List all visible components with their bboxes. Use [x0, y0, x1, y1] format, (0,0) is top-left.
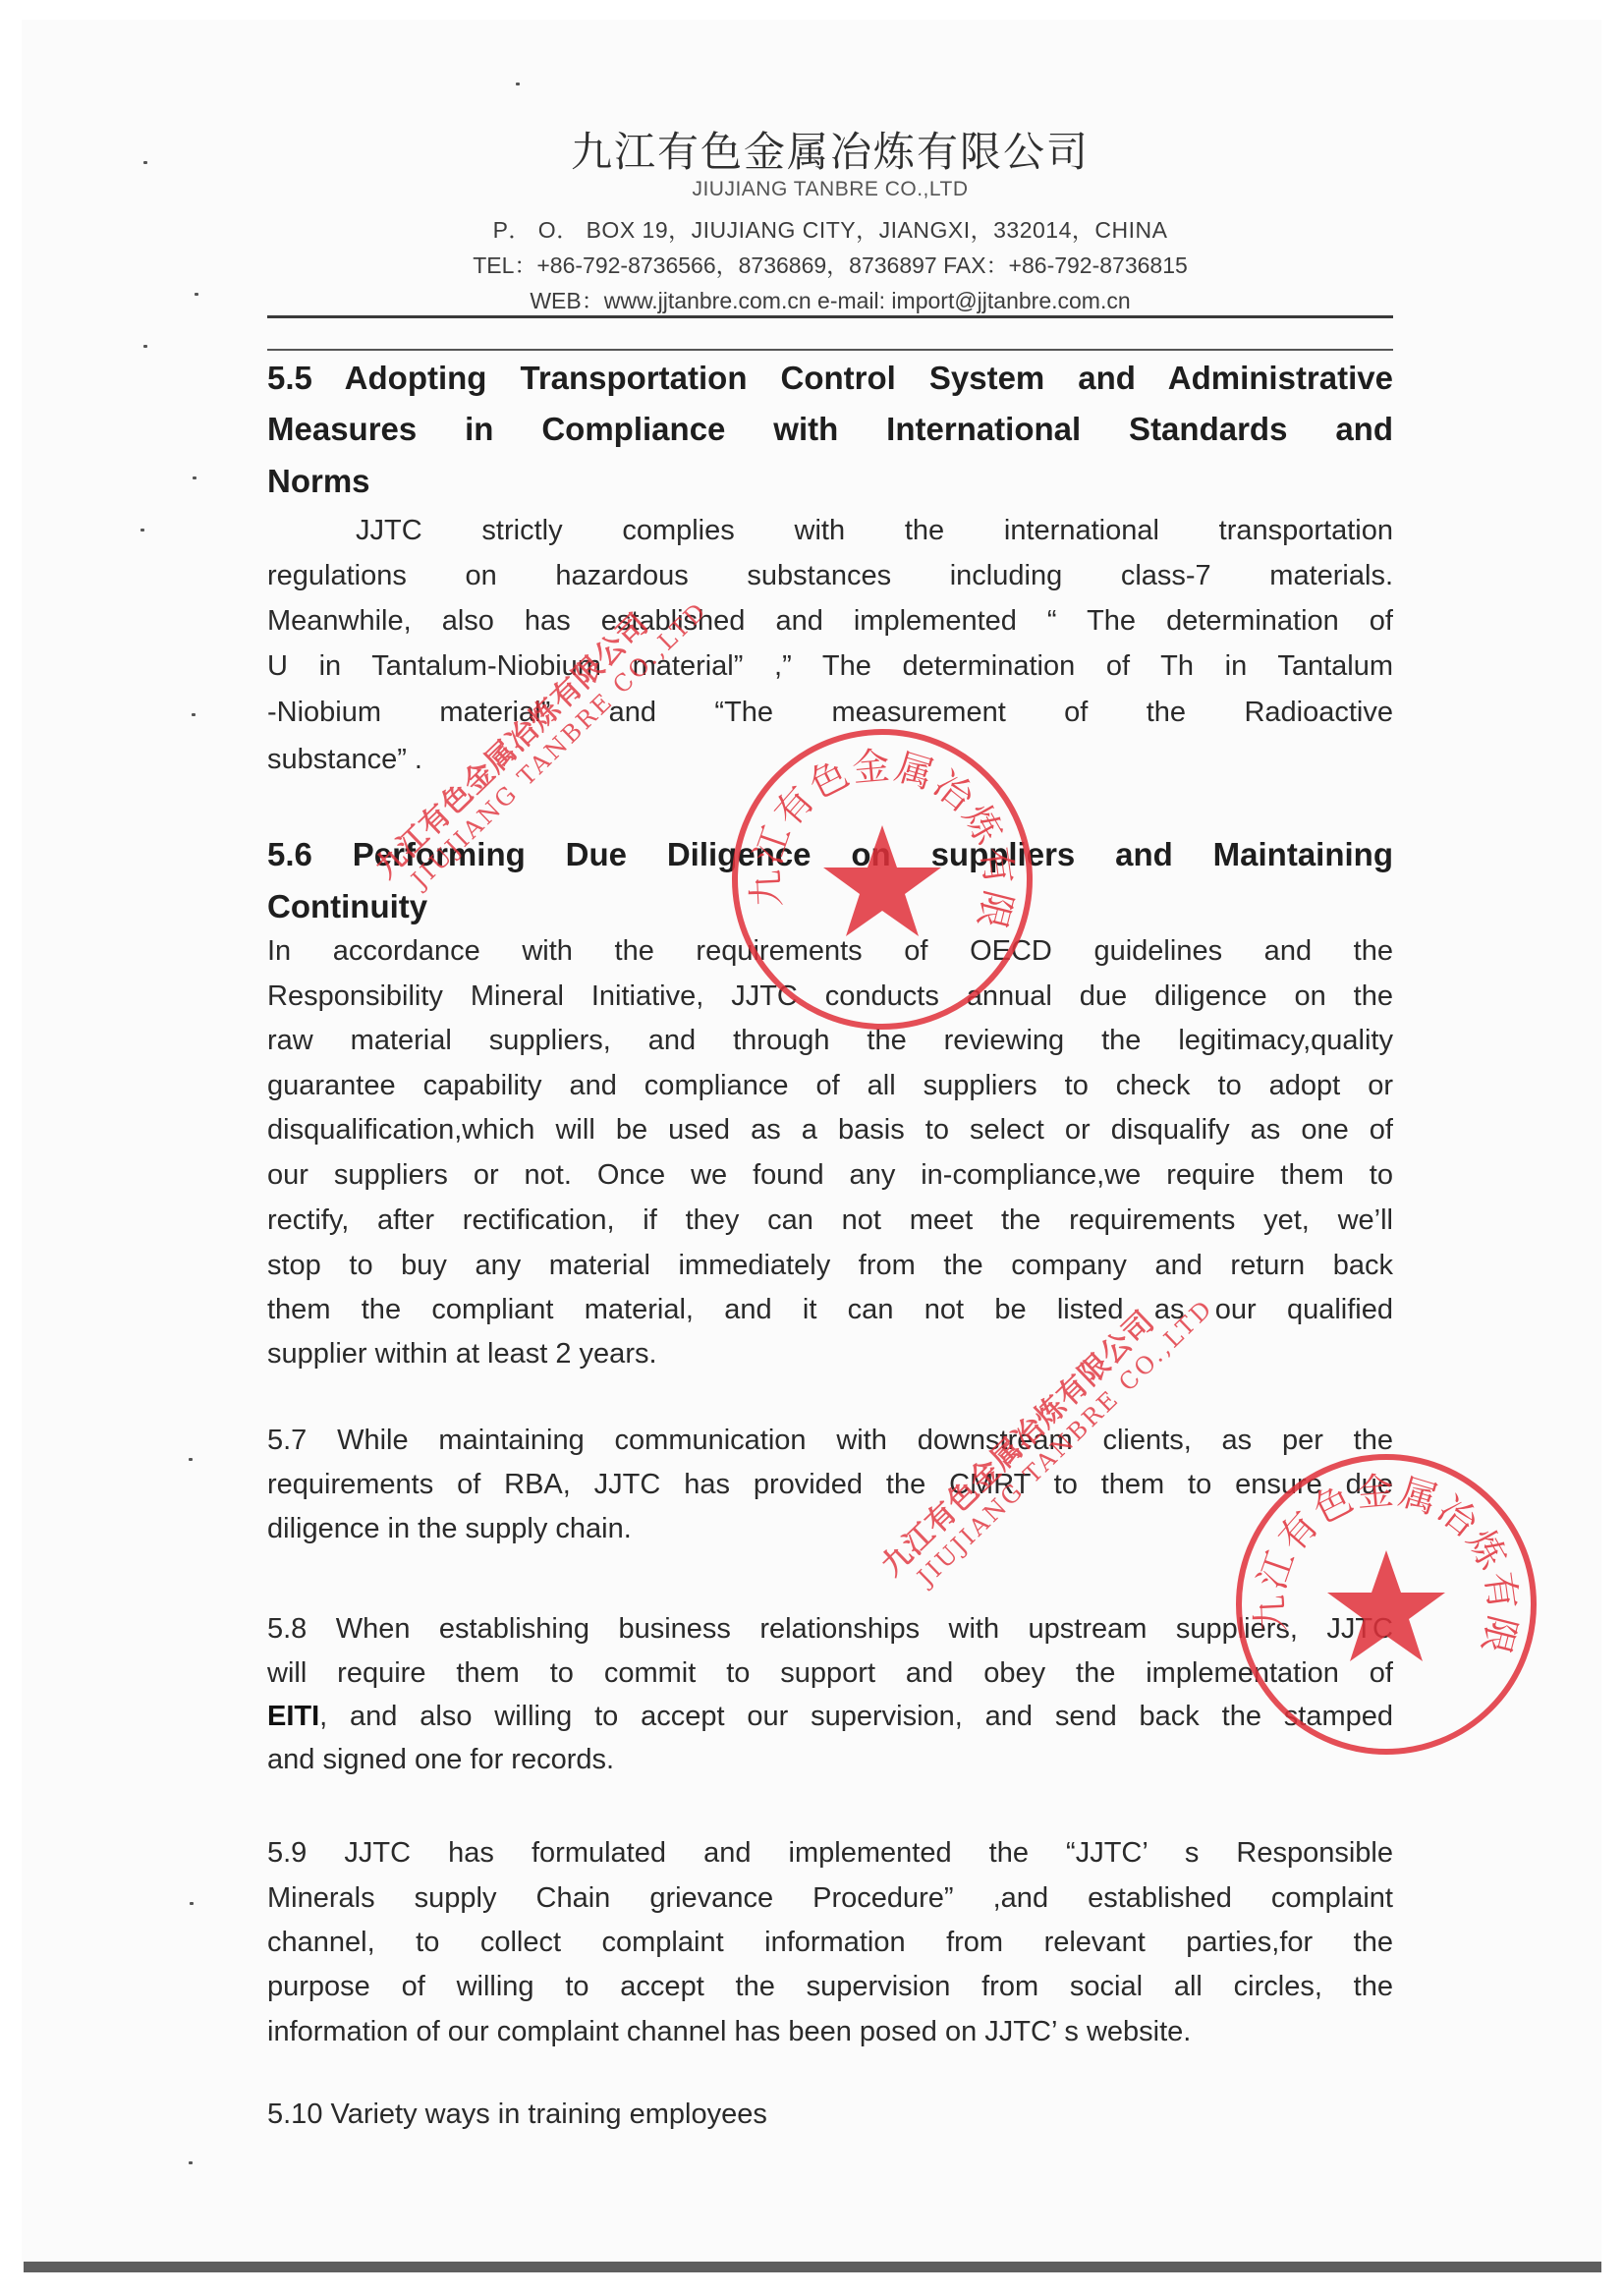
- company-address: P． O． BOX 19，JIUJIANG CITY，JIANGXI，33201…: [267, 212, 1393, 245]
- section-5-6-body-line: Responsibility Mineral Initiative, JJTC …: [267, 979, 1393, 1014]
- section-5-9-line: information of our complaint channel has…: [267, 2014, 1393, 2049]
- section-5-8-line: 5.8 When establishing business relations…: [267, 1611, 1393, 1647]
- section-5-5-body-line: U in Tantalum-Niobium material” ,” The d…: [267, 648, 1393, 684]
- scan-speck: [193, 476, 196, 479]
- scan-speck: [516, 83, 520, 85]
- company-name-en: JIUJIANG TANBRE CO.,LTD: [267, 178, 1393, 201]
- section-5-6-body-line: raw material suppliers, and through the …: [267, 1023, 1393, 1058]
- section-5-8-line: EITI, and also willing to accept our sup…: [267, 1699, 1393, 1734]
- company-phone-fax: TEL：+86-792-8736566，8736869，8736897 FAX：…: [267, 248, 1393, 280]
- section-5-6-body-line: them the compliant material, and it can …: [267, 1292, 1393, 1327]
- scan-speck: [143, 161, 147, 164]
- section-5-8-line: will require them to commit to support a…: [267, 1655, 1393, 1691]
- section-5-9-line: purpose of willing to accept the supervi…: [267, 1969, 1393, 2004]
- section-5-5-heading: Norms: [267, 462, 1393, 501]
- letterhead-divider: [267, 315, 1393, 318]
- section-5-5-body-line: Meanwhile, also has established and impl…: [267, 603, 1393, 639]
- scan-speck: [195, 293, 198, 296]
- section-5-6-body-line: rectify, after rectification, if they ca…: [267, 1203, 1393, 1238]
- section-5-6-body-line: stop to buy any material immediately fro…: [267, 1248, 1393, 1283]
- section-5-6-heading: Continuity: [267, 887, 1393, 926]
- scan-speck: [190, 1902, 194, 1905]
- section-5-5-body-line: regulations on hazardous substances incl…: [267, 558, 1393, 593]
- section-5-6-body-line: disqualification,which will be used as a…: [267, 1112, 1393, 1147]
- section-5-9-line: channel, to collect complaint informatio…: [267, 1925, 1393, 1960]
- eiti-term: EITI: [267, 1701, 319, 1732]
- company-web-email: WEB：www.jjtanbre.com.cn e-mail: import@j…: [267, 283, 1393, 315]
- section-5-7-line: diligence in the supply chain.: [267, 1511, 1393, 1546]
- section-5-5-heading: Measures in Compliance with Internationa…: [267, 410, 1393, 449]
- section-5-6-body-line: guarantee capability and compliance of a…: [267, 1068, 1393, 1103]
- section-5-8-line: and signed one for records.: [267, 1742, 1393, 1777]
- section-5-7-line: 5.7 While maintaining communication with…: [267, 1423, 1393, 1458]
- section-5-5-body-line: -Niobium material” and “The measurement …: [267, 695, 1393, 730]
- section-5-6-heading: 5.6 Performing Due Diligence on supplier…: [267, 835, 1393, 874]
- section-5-9-line: 5.9 JJTC has formulated and implemented …: [267, 1835, 1393, 1871]
- scan-speck: [143, 345, 147, 348]
- section-5-6-body-line: supplier within at least 2 years.: [267, 1336, 1393, 1371]
- company-name-cn: 九江有色金属冶炼有限公司: [267, 120, 1393, 179]
- section-5-10-line: 5.10 Variety ways in training employees: [267, 2097, 1393, 2132]
- section-5-5-heading: 5.5 Adopting Transportation Control Syst…: [267, 359, 1393, 398]
- section-5-6-body-line: In accordance with the requirements of O…: [267, 933, 1393, 969]
- section-5-7-line: requirements of RBA, JJTC has provided t…: [267, 1467, 1393, 1502]
- section-5-5-body-line: JJTC strictly complies with the internat…: [267, 513, 1393, 548]
- scan-speck: [189, 2161, 193, 2164]
- section-5-9-line: Minerals supply Chain grievance Procedur…: [267, 1880, 1393, 1916]
- section-5-8-line-rest: , and also willing to accept our supervi…: [319, 1701, 1393, 1732]
- letterhead-divider-secondary: [267, 349, 1393, 351]
- scan-speck: [189, 1458, 193, 1461]
- section-5-5-body-line: substance” .: [267, 742, 1393, 777]
- scan-speck: [192, 713, 196, 716]
- section-5-6-body-line: our suppliers or not. Once we found any …: [267, 1157, 1393, 1193]
- scan-bottom-edge: [24, 2262, 1601, 2272]
- scan-speck: [140, 529, 144, 532]
